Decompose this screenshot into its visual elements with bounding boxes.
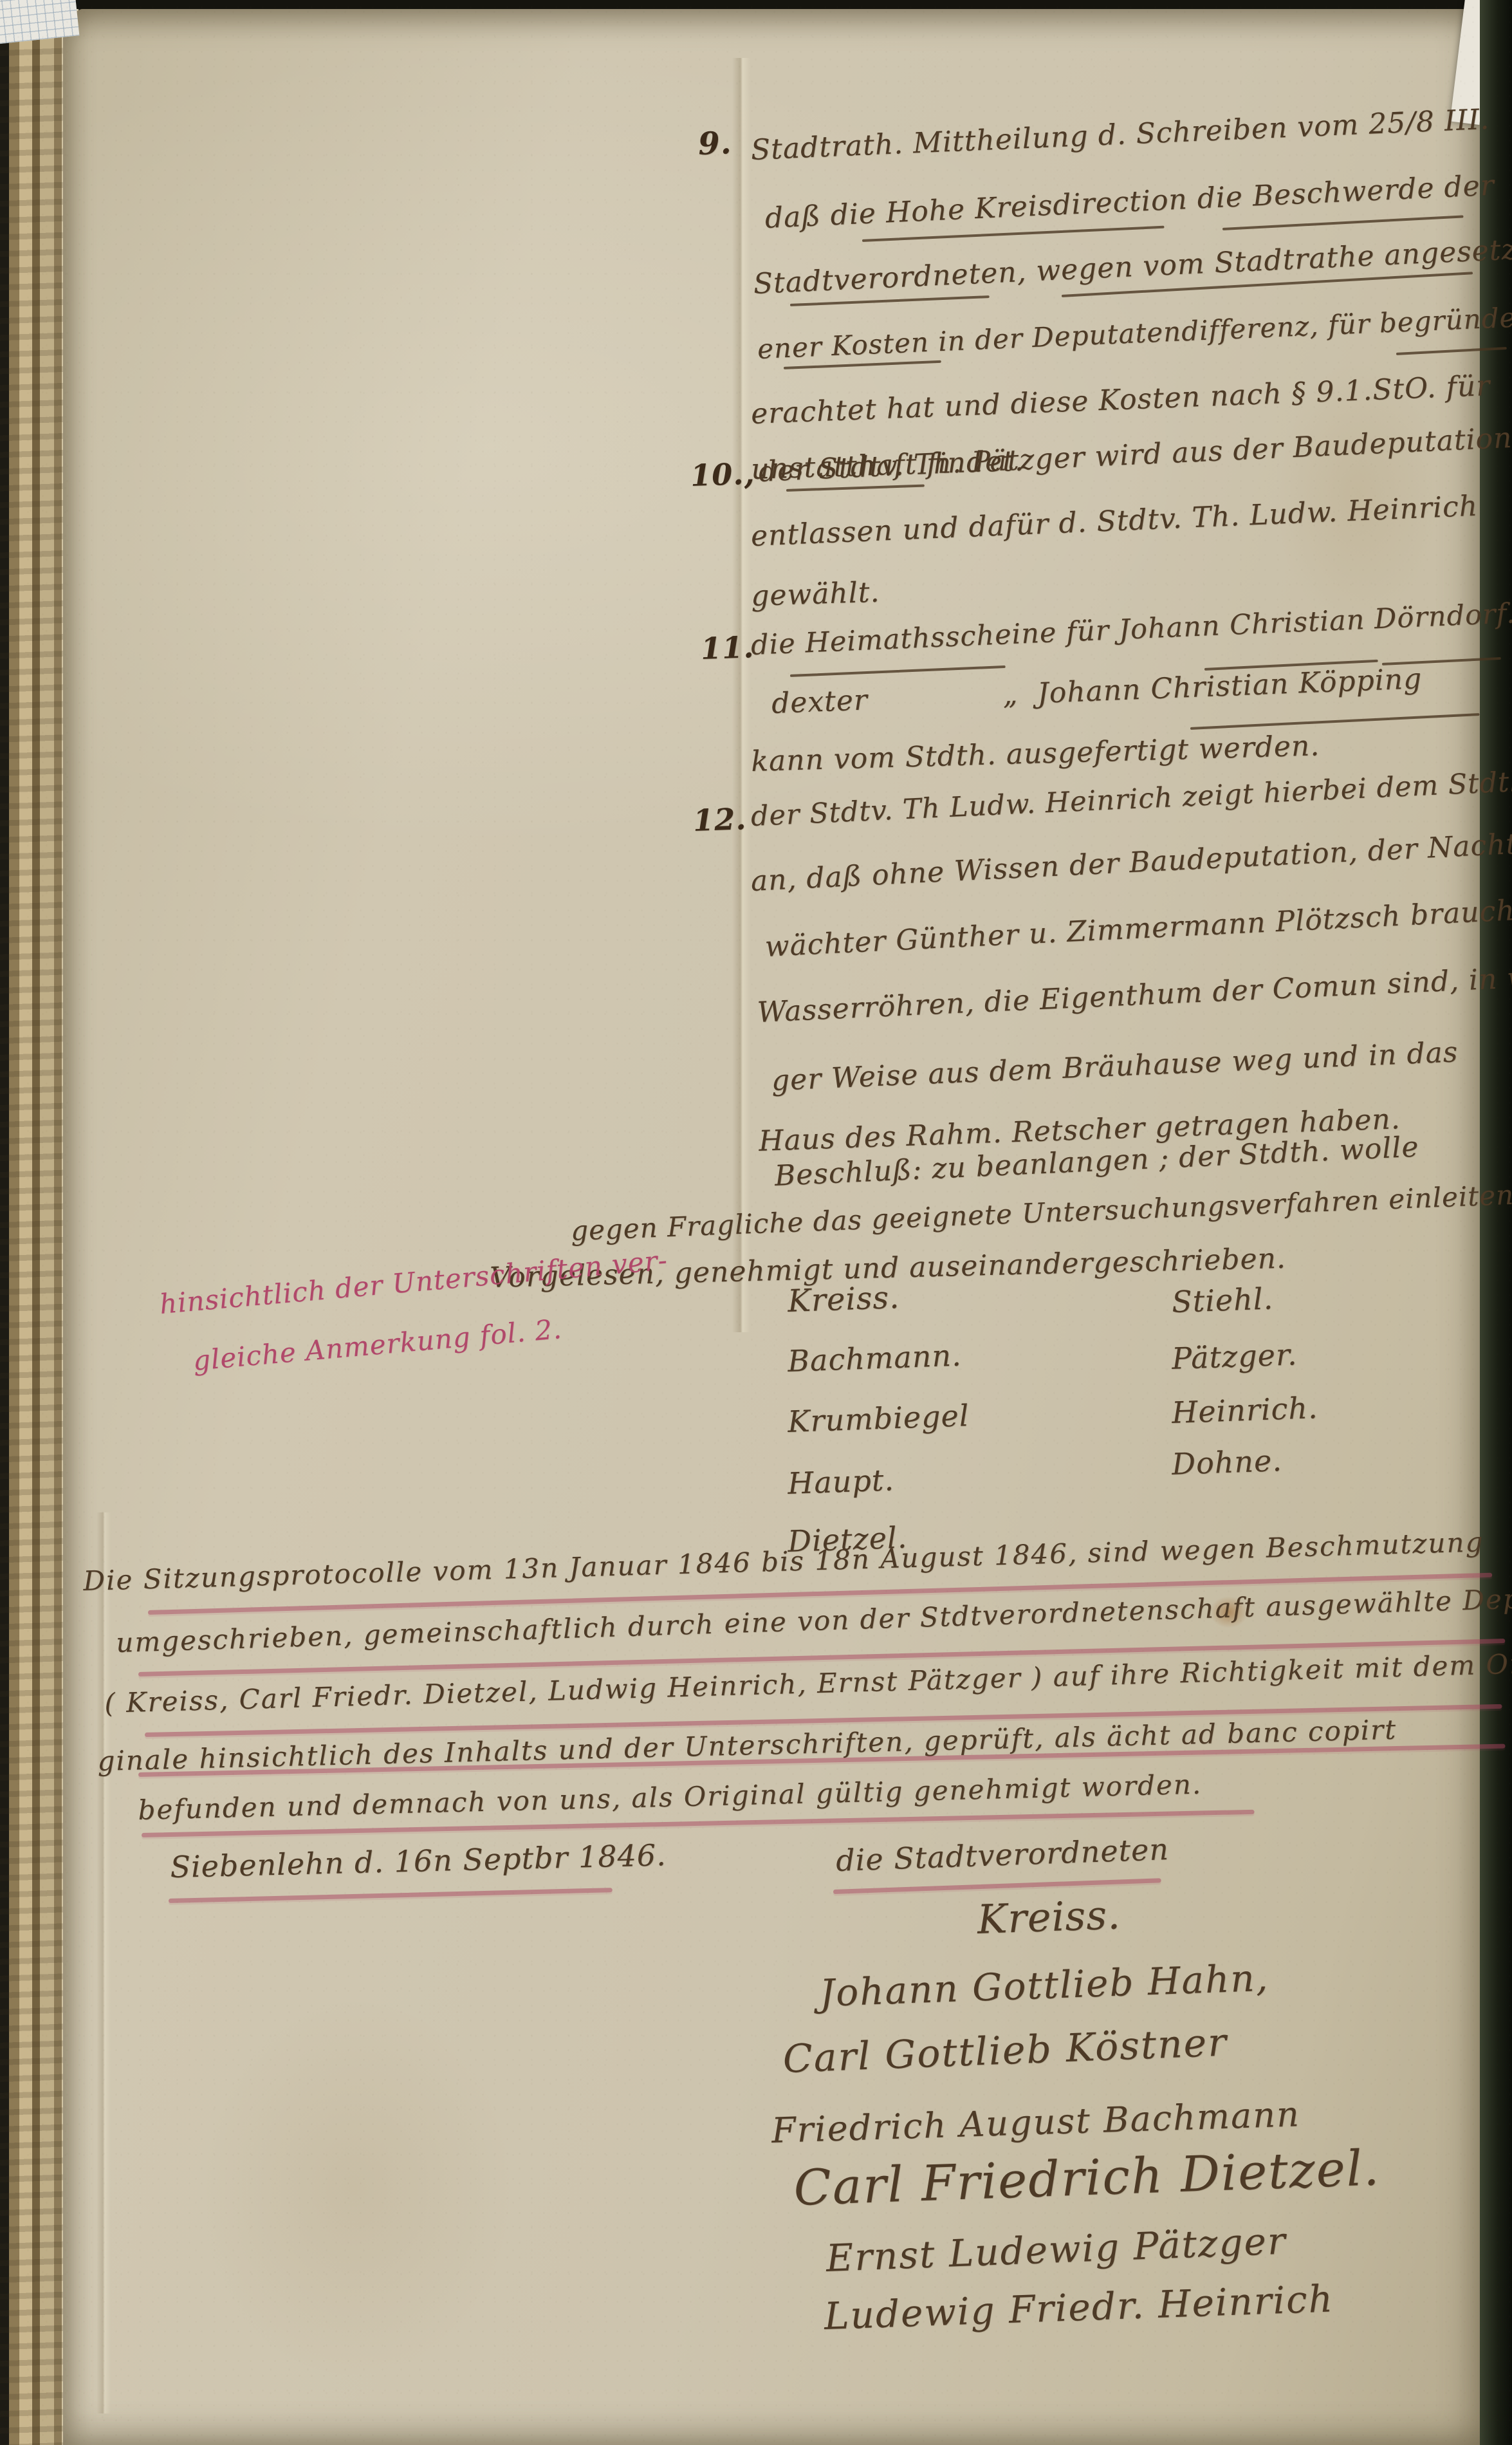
entry-number: 11. (700, 632, 755, 664)
book-binding-edge (1480, 0, 1512, 2445)
signature: Bachmann. (787, 1341, 962, 1376)
entry-number: 12. (692, 804, 747, 835)
entry-number: 10., (690, 459, 755, 490)
signature: Pätzger. (1171, 1339, 1298, 1373)
book-cover-edge (0, 0, 1512, 9)
signature: Kreiss. (977, 1895, 1121, 1940)
signature: Heinrich. (1171, 1393, 1318, 1427)
manuscript-line: gewählt. (751, 579, 880, 611)
signature: Haupt. (787, 1465, 894, 1498)
signature: Krumbiegel (787, 1400, 970, 1436)
signature: Stiehl. (1171, 1284, 1273, 1317)
photo-of-manuscript-page: 9. Stadtrath. Mittheilung d. Schreiben v… (0, 0, 1512, 2445)
entry-number: 9. (697, 127, 732, 160)
signature: Dohne. (1171, 1446, 1282, 1479)
signature: Kreiss. (787, 1282, 900, 1317)
